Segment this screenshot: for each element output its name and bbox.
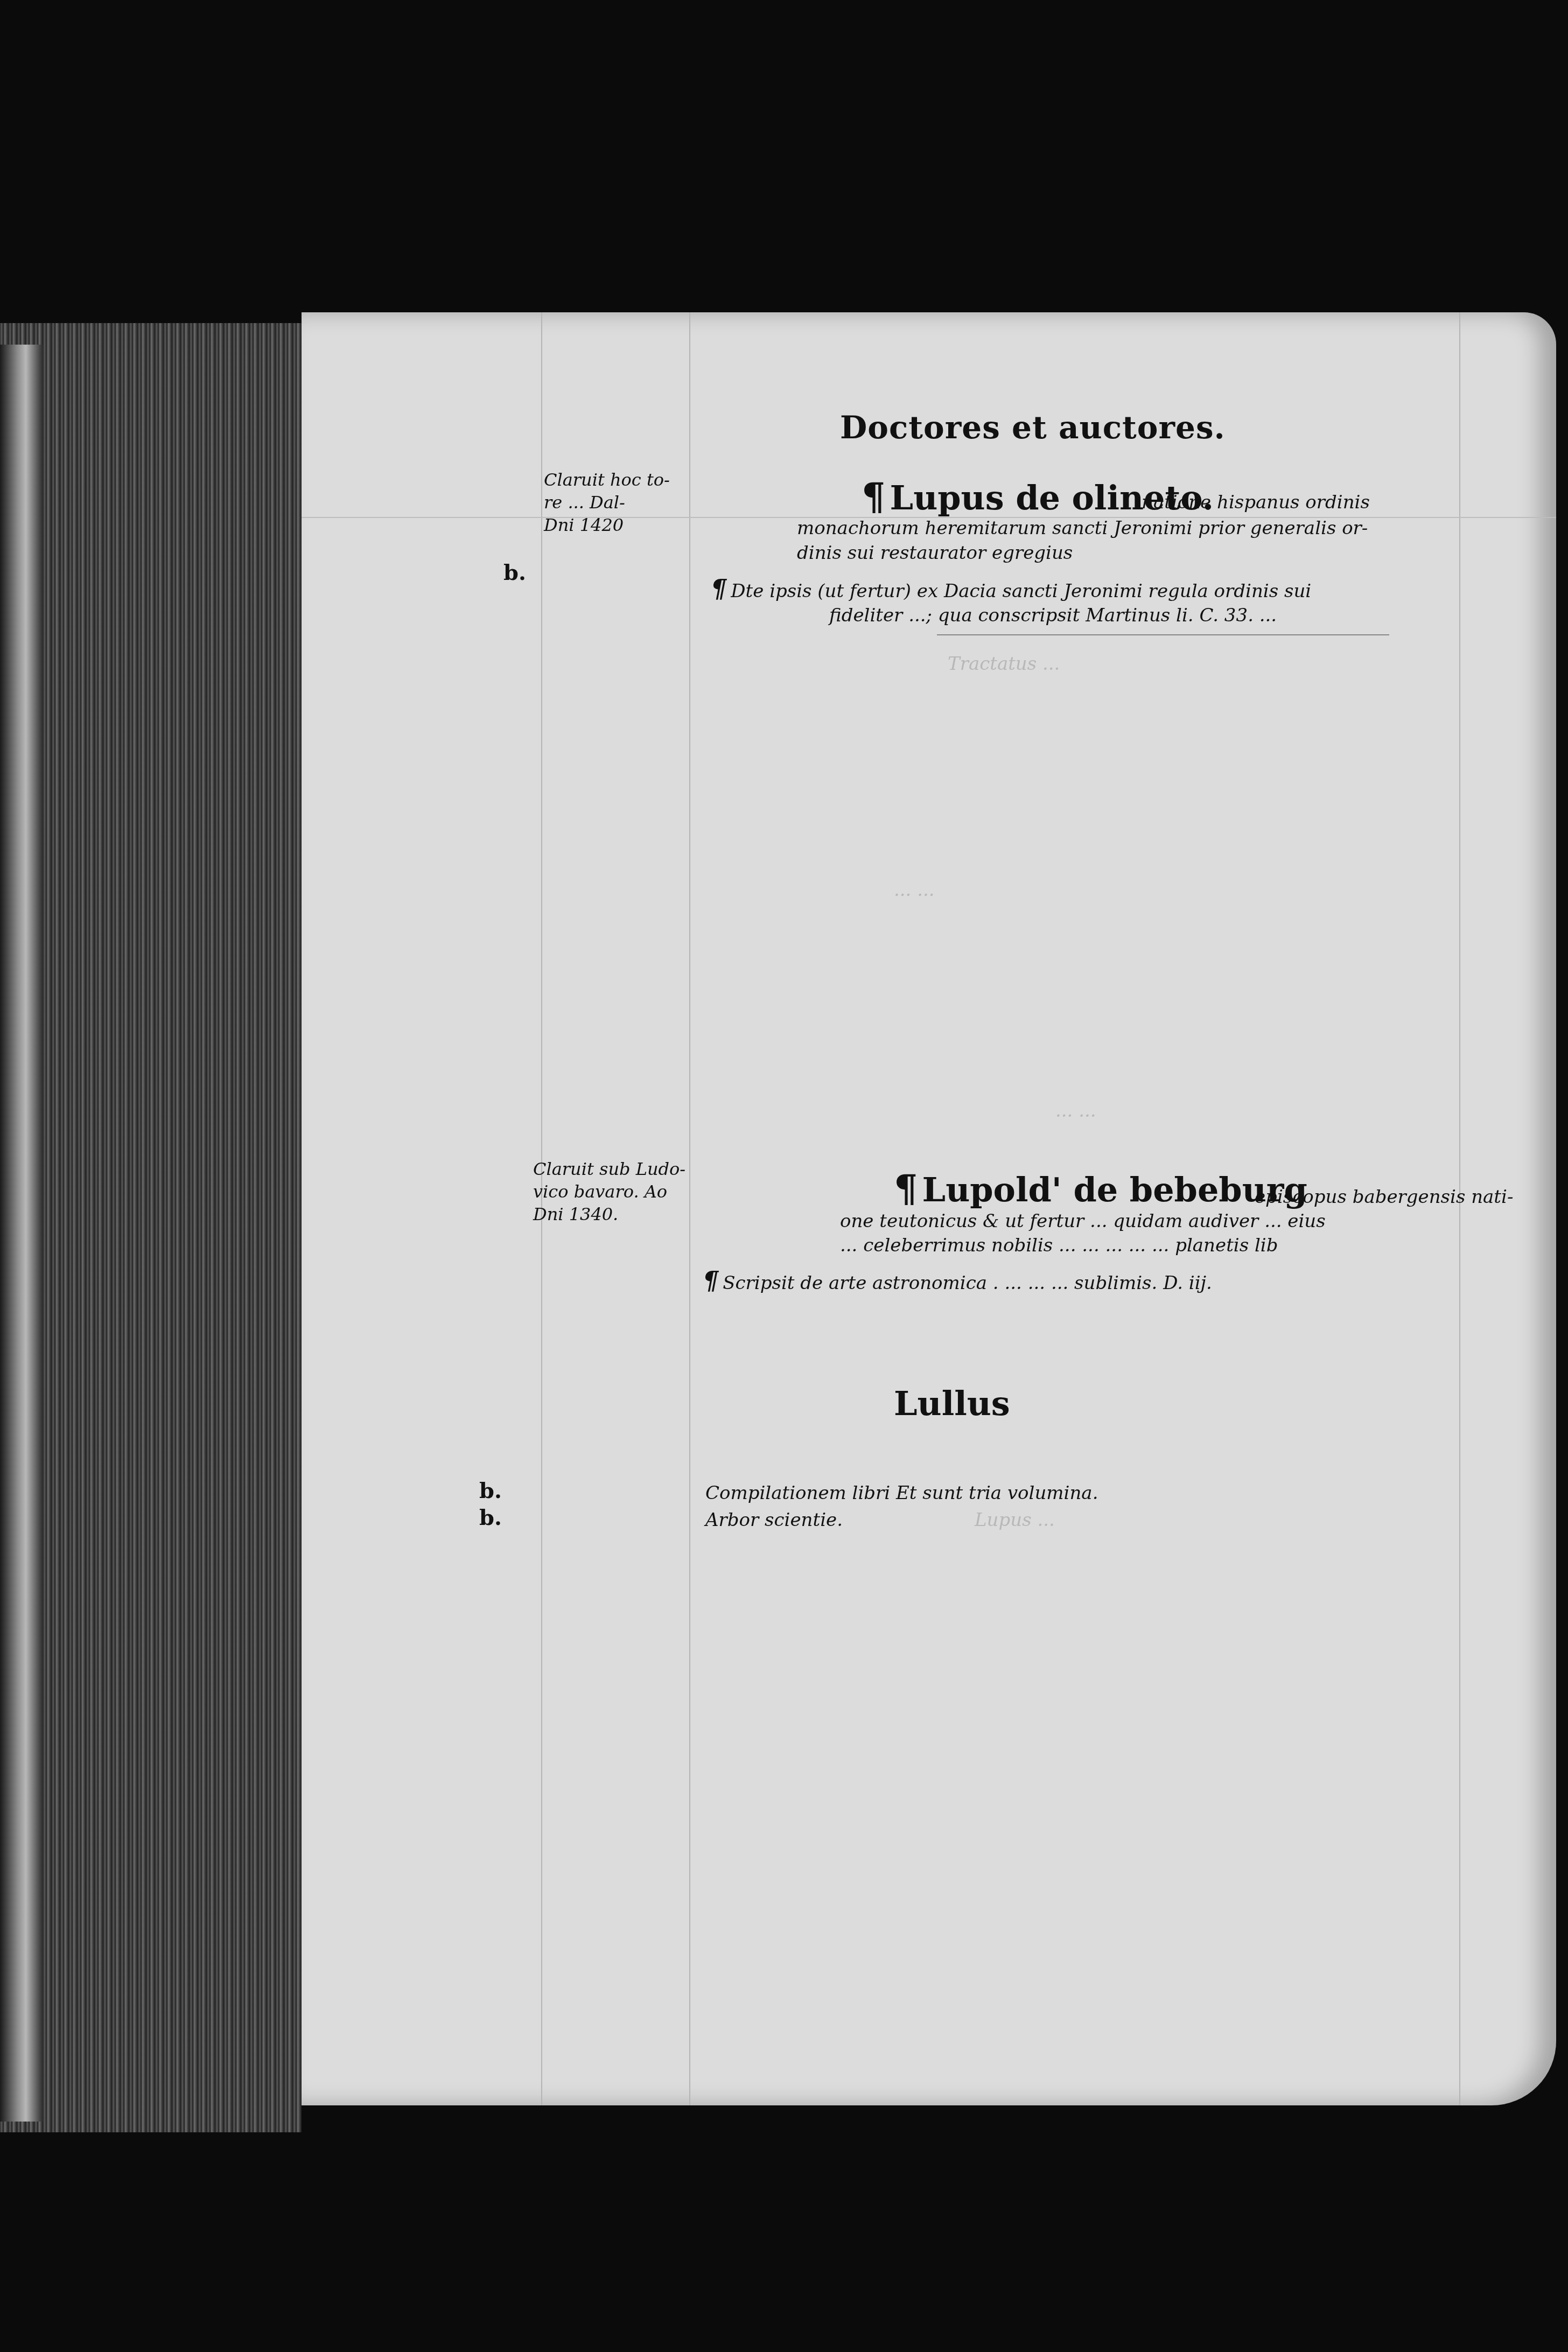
pilcrow-icon: ¶: [703, 1266, 718, 1295]
pilcrow-icon: ¶: [862, 474, 886, 519]
margin-note-line: Dni 1420: [544, 514, 670, 536]
pilcrow-icon: ¶: [894, 1166, 918, 1210]
margin-note-line: re ... Dal-: [544, 491, 670, 514]
page-title: Doctores et auctores.: [840, 409, 1226, 446]
sigle-3b: b.: [479, 1505, 502, 1530]
entry-body-2-line-1: episcopus babergensis nati-: [1255, 1185, 1513, 1209]
bleedthrough-text: Lupus ...: [975, 1508, 1055, 1532]
entry-body-1-line-4: ¶Dte ipsis (ut fertur) ex Dacia sancti J…: [711, 576, 1311, 604]
book-fore-edge: [0, 323, 302, 2132]
bleedthrough-text: ... ...: [1055, 1098, 1096, 1123]
margin-note-line: Claruit hoc to-: [544, 468, 670, 491]
entry-body-1-line-2: monachorum heremitarum sancti Jeronimi p…: [797, 516, 1368, 541]
manuscript-page: Doctores et auctores. Claruit hoc to- re…: [302, 312, 1556, 2105]
entry-body-2-line-3: ... celeberrimus nobilis ... ... ... ...…: [840, 1233, 1278, 1258]
entry-heading-3: Lullus: [894, 1384, 1010, 1423]
sigle-1: b.: [503, 560, 526, 585]
margin-rule-inner: [689, 312, 690, 2105]
entry-heading-2: ¶Lupold' de bebeburg: [894, 1166, 1307, 1210]
underline-stroke: [937, 634, 1389, 635]
entry-item-3a: Compilationem libri Et sunt tria volumin…: [705, 1481, 1098, 1506]
entry-body-1-line-5: fideliter ...; qua conscripsit Martinus …: [829, 603, 1277, 628]
entry-body-1-line-3: dinis sui restaurator egregius: [797, 541, 1073, 565]
entry-heading-text: Lupold' de bebeburg: [922, 1170, 1307, 1209]
entry-body-1-line-1: natione hispanus ordinis: [1142, 490, 1370, 515]
entry-body-2-line-4: ¶Scripsit de arte astronomica . ... ... …: [703, 1268, 1212, 1296]
sigle-3a: b.: [479, 1478, 502, 1503]
entry-item-3b: Arbor scientie.: [705, 1508, 843, 1532]
margin-note-line: Dni 1340.: [533, 1203, 685, 1226]
margin-note-line: vico bavaro. Ao: [533, 1180, 685, 1203]
margin-note-line: Claruit sub Ludo-: [533, 1158, 685, 1180]
entry-body-2-line-2: one teutonicus & ut fertur ... quidam au…: [840, 1209, 1326, 1234]
bleedthrough-text: ... ...: [894, 878, 935, 902]
pilcrow-icon: ¶: [711, 574, 726, 603]
margin-note-1: Claruit hoc to- re ... Dal- Dni 1420: [544, 468, 670, 536]
margin-note-2: Claruit sub Ludo- vico bavaro. Ao Dni 13…: [533, 1158, 685, 1226]
bleedthrough-text: Tractatus ...: [948, 652, 1060, 676]
book-binding: [0, 345, 43, 2122]
